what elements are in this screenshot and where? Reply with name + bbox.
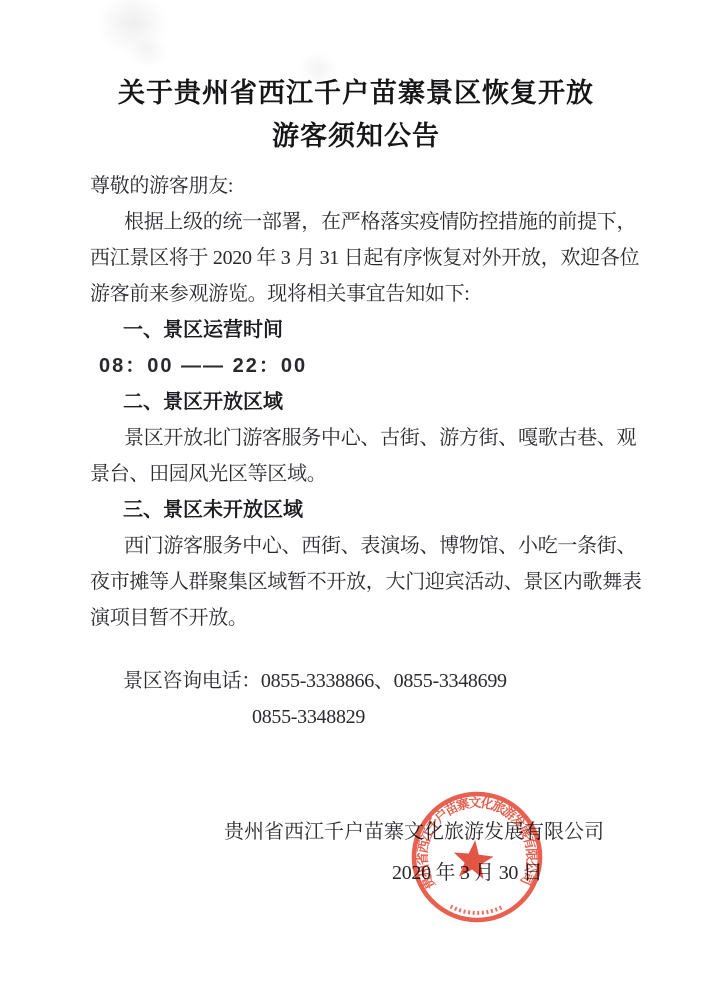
title-line-1: 关于贵州省西江千户苗寨景区恢复开放 xyxy=(76,72,636,115)
contact-phone-line: 景区咨询电话：0855-3338866、0855-3348699 xyxy=(90,663,636,699)
intro-line: 游客前来参观游览。现将相关事宜告知如下: xyxy=(90,276,636,312)
document-content: 关于贵州省西江千户苗寨景区恢复开放 游客须知公告 尊敬的游客朋友: 根据上级的统… xyxy=(0,0,706,891)
intro-line: 根据上级的统一部署，在严格落实疫情防控措施的前提下， xyxy=(90,204,636,240)
section-open-areas: 二、景区开放区域 景区开放北门游客服务中心、古街、游方街、嘎歌古巷、观 景台、田… xyxy=(90,384,636,492)
section-body-line: 西门游客服务中心、西街、表演场、博物馆、小吃一条街、 xyxy=(90,528,636,564)
section-body-line: 夜市摊等人群聚集区域暂不开放，大门迎宾活动、景区内歌舞表 xyxy=(90,564,636,600)
contact-phone-line: 0855-3348829 xyxy=(90,699,636,735)
signature-company: 贵州省西江千户苗寨文化旅游发展有限公司 xyxy=(90,814,636,850)
signature-date: 2020 年 3 月 30 日 xyxy=(90,855,636,891)
signature-block: 贵州省西江千户苗寨文化旅游发展有限公司 2020 年 3 月 30 日 xyxy=(90,814,636,891)
section-body-line: 景区开放北门游客服务中心、古街、游方街、嘎歌古巷、观 xyxy=(90,420,636,456)
section-heading: 三、景区未开放区域 xyxy=(90,492,636,528)
title-line-2: 游客须知公告 xyxy=(76,115,636,158)
section-body-line: 景台、田园风光区等区域。 xyxy=(90,456,636,492)
operating-hours-value: 08：00 —— 22：00 xyxy=(90,348,636,384)
seal-serial-marks xyxy=(451,906,504,913)
intro-line: 西江景区将于 2020 年 3 月 31 日起有序恢复对外开放，欢迎各位 xyxy=(90,240,636,276)
section-heading: 二、景区开放区域 xyxy=(90,384,636,420)
salutation: 尊敬的游客朋友: xyxy=(90,168,636,204)
notice-document: 关于贵州省西江千户苗寨景区恢复开放 游客须知公告 尊敬的游客朋友: 根据上级的统… xyxy=(0,0,706,999)
section-body-line: 演项目暂不开放。 xyxy=(90,600,636,636)
page-title: 关于贵州省西江千户苗寨景区恢复开放 游客须知公告 xyxy=(76,72,636,158)
intro-paragraph: 根据上级的统一部署，在严格落实疫情防控措施的前提下， 西江景区将于 2020 年… xyxy=(90,204,636,312)
section-operating-hours: 一、景区运营时间 08：00 —— 22：00 xyxy=(90,312,636,384)
section-closed-areas: 三、景区未开放区域 西门游客服务中心、西街、表演场、博物馆、小吃一条街、 夜市摊… xyxy=(90,492,636,636)
section-heading: 一、景区运营时间 xyxy=(90,312,636,348)
contact-info: 景区咨询电话：0855-3338866、0855-3348699 0855-33… xyxy=(90,663,636,735)
